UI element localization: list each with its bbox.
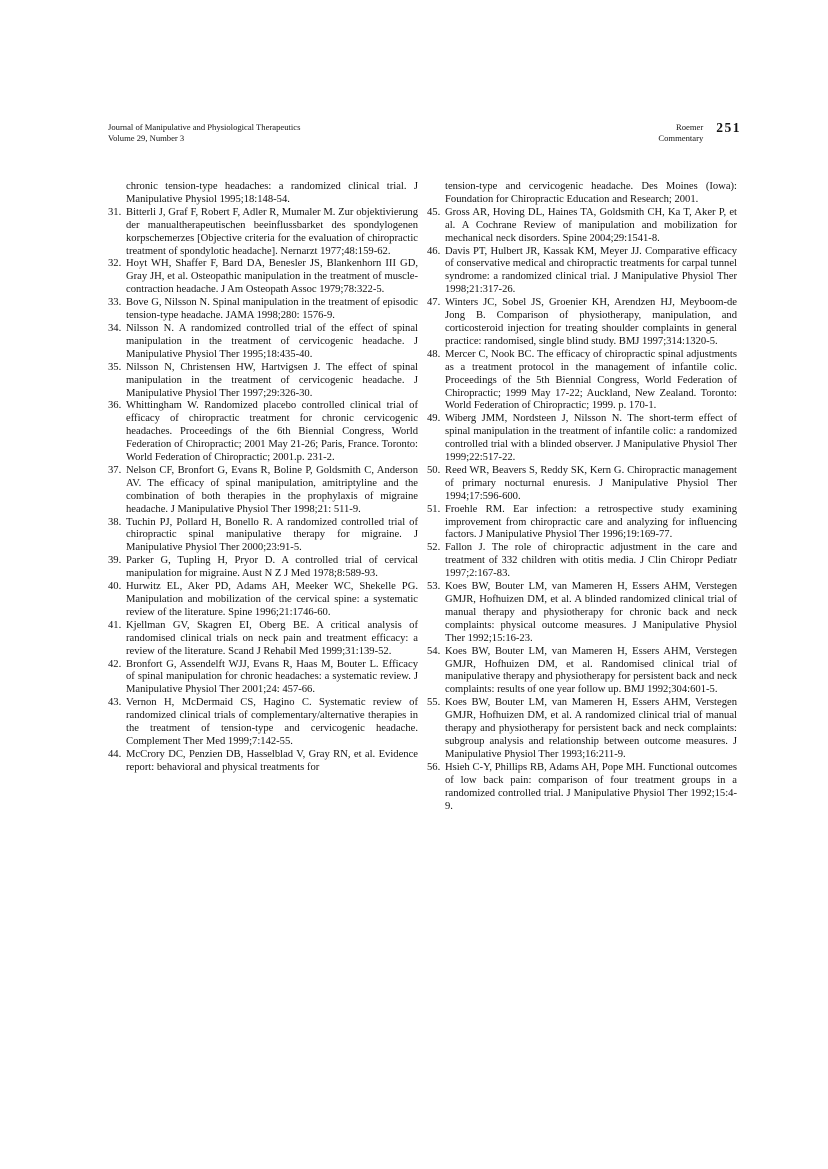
reference-number: 41. xyxy=(108,620,126,659)
reference-text: Bitterli J, Graf F, Robert F, Adler R, M… xyxy=(126,207,418,259)
running-author: Roemer xyxy=(658,122,703,133)
reference-text: Koes BW, Bouter LM, van Mameren H, Esser… xyxy=(445,581,737,646)
reference-number: 49. xyxy=(427,413,445,465)
reference-item: 50. Reed WR, Beavers S, Reddy SK, Kern G… xyxy=(427,465,737,504)
reference-text: Wiberg JMM, Nordsteen J, Nilsson N. The … xyxy=(445,413,737,465)
page-header: Journal of Manipulative and Physiologica… xyxy=(108,122,741,144)
reference-text: Reed WR, Beavers S, Reddy SK, Kern G. Ch… xyxy=(445,465,737,504)
reference-number: 32. xyxy=(108,258,126,297)
reference-item: 39. Parker G, Tupling H, Pryor D. A cont… xyxy=(108,555,418,581)
reference-item: 48. Mercer C, Nook BC. The efficacy of c… xyxy=(427,349,737,414)
reference-text: Koes BW, Bouter LM, van Mameren H, Esser… xyxy=(445,646,737,698)
reference-number: 43. xyxy=(108,697,126,749)
reference-number: 48. xyxy=(427,349,445,414)
reference-text: McCrory DC, Penzien DB, Hasselblad V, Gr… xyxy=(126,749,418,775)
reference-text: Fallon J. The role of chiropractic adjus… xyxy=(445,542,737,581)
reference-text: Koes BW, Bouter LM, van Mameren H, Esser… xyxy=(445,697,737,762)
reference-number: 31. xyxy=(108,207,126,259)
reference-number: 52. xyxy=(427,542,445,581)
reference-item: 55. Koes BW, Bouter LM, van Mameren H, E… xyxy=(427,697,737,762)
reference-item: 40. Hurwitz EL, Aker PD, Adams AH, Meeke… xyxy=(108,581,418,620)
reference-number: 51. xyxy=(427,504,445,543)
reference-number: 39. xyxy=(108,555,126,581)
reference-number: 36. xyxy=(108,400,126,465)
reference-item: 34. Nilsson N. A randomized controlled t… xyxy=(108,323,418,362)
reference-item: 47. Winters JC, Sobel JS, Groenier KH, A… xyxy=(427,297,737,349)
reference-text: Bove G, Nilsson N. Spinal manipulation i… xyxy=(126,297,418,323)
reference-columns: chronic tension-type headaches: a random… xyxy=(108,181,737,813)
reference-item: 49. Wiberg JMM, Nordsteen J, Nilsson N. … xyxy=(427,413,737,465)
reference-text: Tuchin PJ, Pollard H, Bonello R. A rando… xyxy=(126,517,418,556)
reference-item: 42. Bronfort G, Assendelft WJJ, Evans R,… xyxy=(108,659,418,698)
reference-item: 46. Davis PT, Hulbert JR, Kassak KM, Mey… xyxy=(427,246,737,298)
reference-text: Froehle RM. Ear infection: a retrospecti… xyxy=(445,504,737,543)
reference-text: Whittingham W. Randomized placebo contro… xyxy=(126,400,418,465)
reference-text: Gross AR, Hoving DL, Haines TA, Goldsmit… xyxy=(445,207,737,246)
page-number: 251 xyxy=(716,122,741,134)
reference-number: 50. xyxy=(427,465,445,504)
right-column: tension-type and cervicogenic headache. … xyxy=(427,181,737,813)
reference-number: 42. xyxy=(108,659,126,698)
reference-number: 37. xyxy=(108,465,126,517)
reference-text: Parker G, Tupling H, Pryor D. A controll… xyxy=(126,555,418,581)
reference-number: 40. xyxy=(108,581,126,620)
reference-number: 45. xyxy=(427,207,445,246)
reference-text: Nelson CF, Bronfort G, Evans R, Boline P… xyxy=(126,465,418,517)
running-section: Commentary xyxy=(658,133,703,144)
reference-number: 38. xyxy=(108,517,126,556)
reference-number: 44. xyxy=(108,749,126,775)
reference-item: 32. Hoyt WH, Shaffer F, Bard DA, Benesle… xyxy=(108,258,418,297)
reference-item: 52. Fallon J. The role of chiropractic a… xyxy=(427,542,737,581)
reference-number: 34. xyxy=(108,323,126,362)
reference-number: 35. xyxy=(108,362,126,401)
reference-item: 43. Vernon H, McDermaid CS, Hagino C. Sy… xyxy=(108,697,418,749)
reference-item: 51. Froehle RM. Ear infection: a retrosp… xyxy=(427,504,737,543)
reference-number: 47. xyxy=(427,297,445,349)
reference-item: 53. Koes BW, Bouter LM, van Mameren H, E… xyxy=(427,581,737,646)
reference-item: 35. Nilsson N, Christensen HW, Hartvigse… xyxy=(108,362,418,401)
reference-item: 37. Nelson CF, Bronfort G, Evans R, Boli… xyxy=(108,465,418,517)
reference-list-left: 31. Bitterli J, Graf F, Robert F, Adler … xyxy=(108,207,418,775)
reference-text: Hsieh C-Y, Phillips RB, Adams AH, Pope M… xyxy=(445,762,737,814)
journal-volume: Volume 29, Number 3 xyxy=(108,133,300,144)
reference-text: Davis PT, Hulbert JR, Kassak KM, Meyer J… xyxy=(445,246,737,298)
running-head: Roemer Commentary 251 xyxy=(658,122,741,144)
continuation-text-left: chronic tension-type headaches: a random… xyxy=(126,181,418,207)
reference-list-right: 45. Gross AR, Hoving DL, Haines TA, Gold… xyxy=(427,207,737,814)
reference-item: 41. Kjellman GV, Skagren EI, Oberg BE. A… xyxy=(108,620,418,659)
reference-text: Vernon H, McDermaid CS, Hagino C. System… xyxy=(126,697,418,749)
reference-item: 31. Bitterli J, Graf F, Robert F, Adler … xyxy=(108,207,418,259)
reference-number: 56. xyxy=(427,762,445,814)
continuation-text-right: tension-type and cervicogenic headache. … xyxy=(445,181,737,207)
left-column: chronic tension-type headaches: a random… xyxy=(108,181,418,813)
reference-text: Hurwitz EL, Aker PD, Adams AH, Meeker WC… xyxy=(126,581,418,620)
reference-item: 45. Gross AR, Hoving DL, Haines TA, Gold… xyxy=(427,207,737,246)
journal-title: Journal of Manipulative and Physiologica… xyxy=(108,122,300,133)
reference-text: Bronfort G, Assendelft WJJ, Evans R, Haa… xyxy=(126,659,418,698)
reference-number: 46. xyxy=(427,246,445,298)
reference-number: 55. xyxy=(427,697,445,762)
reference-text: Kjellman GV, Skagren EI, Oberg BE. A cri… xyxy=(126,620,418,659)
journal-info: Journal of Manipulative and Physiologica… xyxy=(108,122,300,144)
reference-item: 36. Whittingham W. Randomized placebo co… xyxy=(108,400,418,465)
reference-item: 33. Bove G, Nilsson N. Spinal manipulati… xyxy=(108,297,418,323)
reference-item: 44. McCrory DC, Penzien DB, Hasselblad V… xyxy=(108,749,418,775)
journal-page: Journal of Manipulative and Physiologica… xyxy=(0,0,828,1169)
reference-item: 56. Hsieh C-Y, Phillips RB, Adams AH, Po… xyxy=(427,762,737,814)
running-head-text: Roemer Commentary xyxy=(658,122,703,144)
reference-text: Hoyt WH, Shaffer F, Bard DA, Benesler JS… xyxy=(126,258,418,297)
reference-number: 54. xyxy=(427,646,445,698)
reference-item: 54. Koes BW, Bouter LM, van Mameren H, E… xyxy=(427,646,737,698)
reference-item: 38. Tuchin PJ, Pollard H, Bonello R. A r… xyxy=(108,517,418,556)
reference-text: Nilsson N, Christensen HW, Hartvigsen J.… xyxy=(126,362,418,401)
reference-text: Winters JC, Sobel JS, Groenier KH, Arend… xyxy=(445,297,737,349)
reference-number: 33. xyxy=(108,297,126,323)
reference-text: Nilsson N. A randomized controlled trial… xyxy=(126,323,418,362)
reference-number: 53. xyxy=(427,581,445,646)
reference-text: Mercer C, Nook BC. The efficacy of chiro… xyxy=(445,349,737,414)
